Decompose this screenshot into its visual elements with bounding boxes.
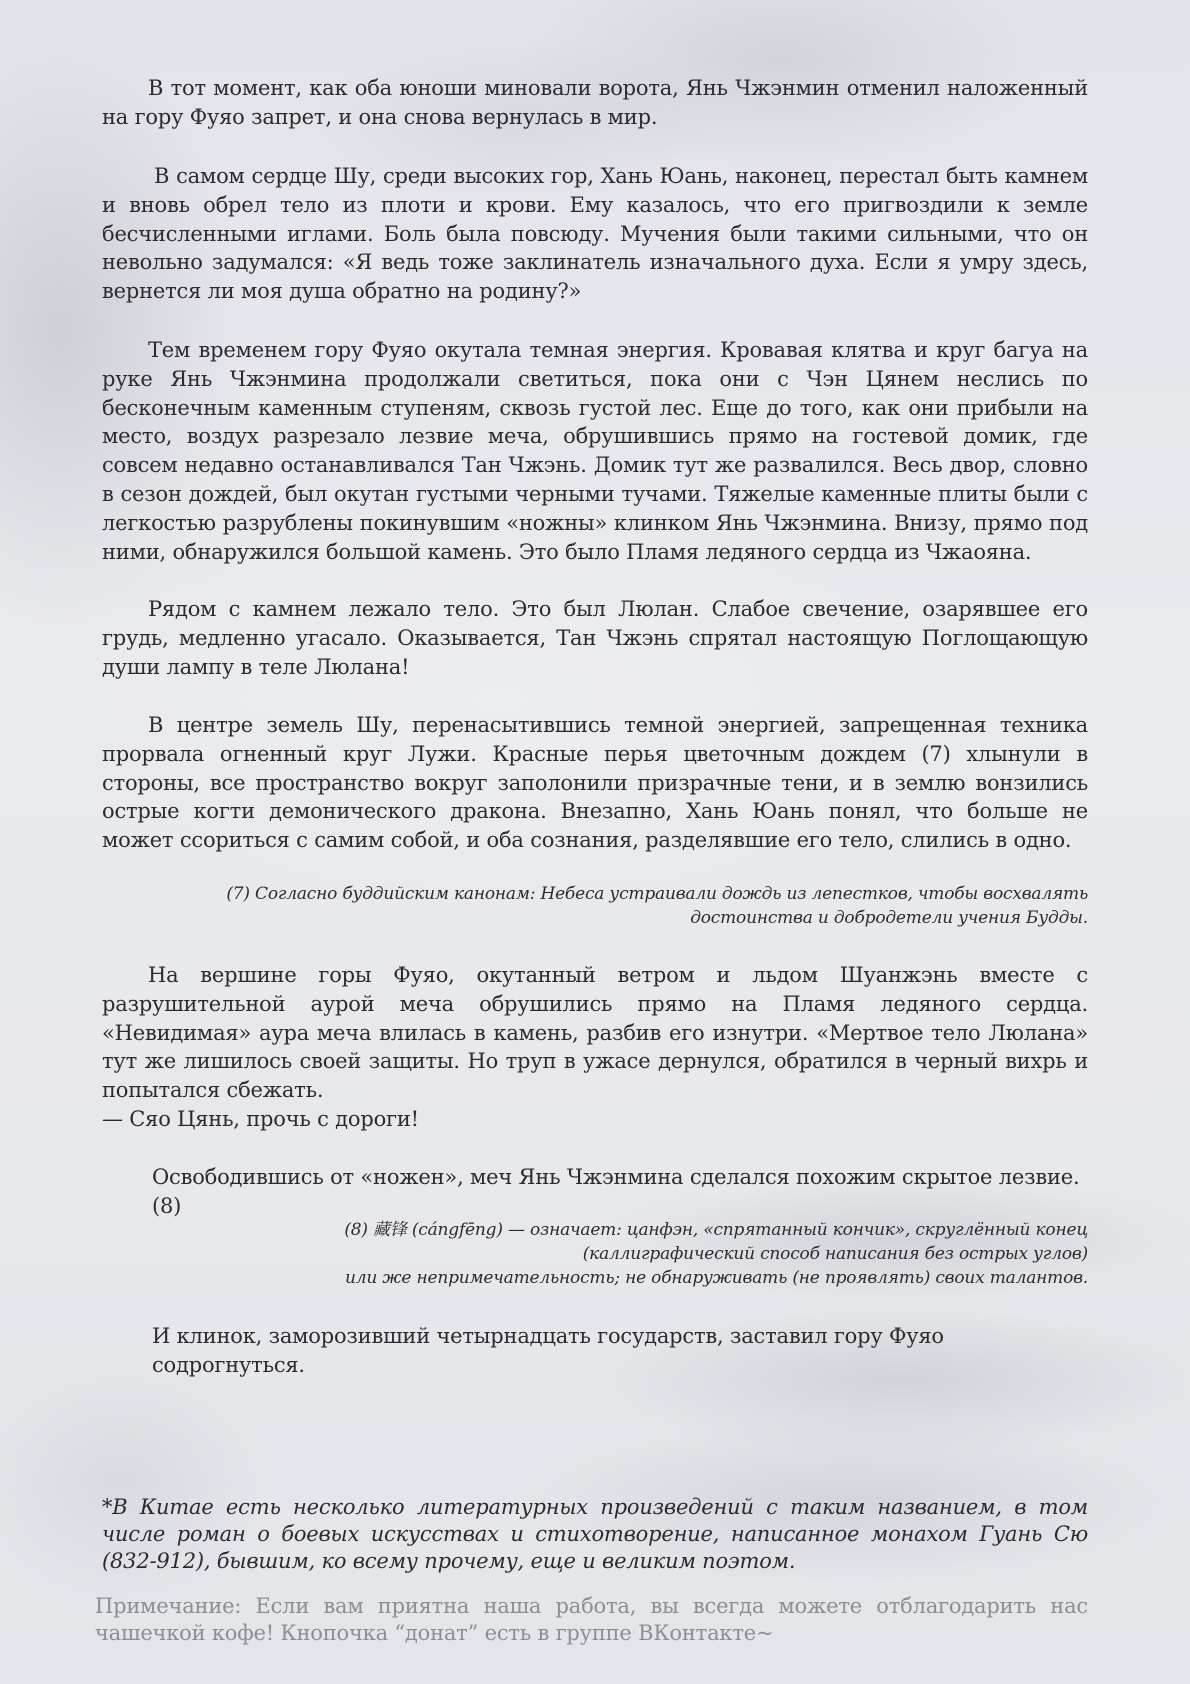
- footnote-8-line-2: (каллиграфический способ написания без о…: [340, 1242, 1088, 1266]
- paragraph-hidden-blade: Освободившись от «ножен», меч Янь Чжэнми…: [152, 1163, 1088, 1221]
- paragraph-gates: В тот момент, как оба юноши миновали вор…: [102, 74, 1088, 132]
- paragraph-shu-center: В центре земель Шу, перенасытившись темн…: [102, 711, 1088, 855]
- footnote-7: (7) Согласно буддийским канонам: Небеса …: [140, 882, 1088, 930]
- paragraph-fuyao-summit: На вершине горы Фуяо, окутанный ветром и…: [102, 961, 1088, 1105]
- asterisk-note: *В Китае есть несколько литературных про…: [102, 1494, 1088, 1575]
- paragraph-han-yuan-body: В самом сердце Шу, среди высоких гор, Ха…: [102, 162, 1088, 306]
- paragraph-liulan-body: Рядом с камнем лежало тело. Это был Люла…: [102, 595, 1088, 681]
- translator-donation-note: Примечание: Если вам приятна наша работа…: [95, 1593, 1088, 1647]
- dialogue-line: — Сяо Цянь, прочь с дороги!: [102, 1105, 1088, 1134]
- footnote-8-line-1: (8) 藏锋 (cángfēng) — означает: цанфэн, «с…: [340, 1218, 1088, 1242]
- paragraph-blade-shakes-mountain: И клинок, заморозивший четырнадцать госу…: [152, 1322, 1088, 1380]
- paragraph-dark-energy: Тем временем гору Фуяо окутала темная эн…: [102, 336, 1088, 566]
- footnote-8: (8) 藏锋 (cángfēng) — означает: цанфэн, «с…: [340, 1218, 1088, 1290]
- footnote-8-line-3: или же непримечательность; не обнаружива…: [340, 1266, 1088, 1290]
